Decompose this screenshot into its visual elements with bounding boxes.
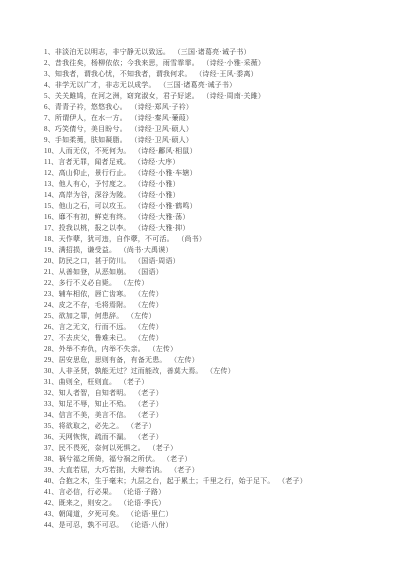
item-source: （论语·子路） — [123, 488, 165, 496]
list-item: 44、是可忍，孰不可忍。（论语·八佾） — [44, 520, 390, 531]
item-quote: 天网恢恢，疏而不漏。 — [59, 433, 131, 441]
item-quote: 手如柔荑，肤如凝脂。 — [55, 136, 127, 144]
item-number: 16、 — [44, 213, 59, 221]
item-source: （诗经·鄘风·相鼠） — [138, 147, 197, 155]
item-quote: 言之无文，行而不远。 — [59, 323, 131, 331]
item-quote: 外举不弃仇，内举不失亲。 — [59, 345, 145, 353]
item-quote: 关关雎鸠，在河之洲，窈窕淑女，君子好逑。 — [55, 92, 199, 100]
item-source: （诗经·大雅·荡） — [138, 213, 190, 221]
item-source: （老子） — [123, 378, 148, 386]
list-item: 32、知人者智，自知者明。（老子） — [44, 388, 390, 399]
list-item: 31、曲则全，枉则直。（老子） — [44, 377, 390, 388]
item-number: 10、 — [44, 147, 59, 155]
list-item: 39、大直若屈，大巧若拙，大辩若讷。（老子） — [44, 465, 390, 476]
item-source: （诗经·小雅·车辖） — [138, 169, 197, 177]
item-quote: 居安思危，思则有备，有备无患。 — [59, 356, 167, 364]
item-source: （左传） — [138, 301, 163, 309]
list-item: 40、合抱之木，生于毫末；九层之台，起于累土；千里之行，始于足下。（老子） — [44, 476, 390, 487]
item-number: 7、 — [44, 114, 55, 122]
item-source: （诗经·卫风·硕人） — [134, 125, 193, 133]
list-item: 23、辅车相依，唇亡齿寒。（左传） — [44, 289, 390, 300]
list-item: 4、非学无以广才，非志无以成学。（三国·诸葛亮·诫子书） — [44, 80, 390, 91]
item-source: （诗经·小雅） — [138, 180, 180, 188]
item-number: 23、 — [44, 290, 59, 298]
item-source: （左传） — [138, 290, 163, 298]
document-page: 1、非淡泊无以明志，非宁静无以致远。（三国·诸葛亮·诫子书）2、昔我往矣，杨柳依… — [0, 0, 410, 580]
list-item: 15、他山之石，可以攻玉。（诗经·小雅·鹤鸣） — [44, 201, 390, 212]
item-number: 11、 — [44, 158, 58, 166]
list-item: 3、知我者，谓我心忧，不知我者，谓我何求。（诗经·王风·黍离） — [44, 69, 390, 80]
list-item: 29、居安思危，思则有备，有备无患。（左传） — [44, 355, 390, 366]
item-source: （左传） — [174, 356, 199, 364]
item-number: 2、 — [44, 59, 55, 67]
item-quote: 不去庆父，鲁难未已。 — [59, 334, 131, 342]
list-item: 34、信言不美，美言不信。（老子） — [44, 410, 390, 421]
item-quote: 人而无仪，不死何为。 — [59, 147, 131, 155]
item-source: （诗经·王风·黍离） — [199, 70, 258, 78]
list-item: 6、青青子衿，悠悠我心。（诗经·郑风·子衿） — [44, 102, 390, 113]
item-number: 8、 — [44, 125, 55, 133]
item-source: （左传） — [138, 334, 163, 342]
list-item: 42、既来之，则安之。（论语·季氏） — [44, 498, 390, 509]
list-item: 28、外举不弃仇，内举不失亲。（左传） — [44, 344, 390, 355]
item-source: （老子） — [138, 411, 163, 419]
item-number: 26、 — [44, 323, 59, 331]
item-source: （尚书·大禹谟） — [123, 246, 172, 254]
item-number: 36、 — [44, 433, 59, 441]
list-item: 2、昔我往矣，杨柳依依；今我来思，雨雪霏霏。（诗经·小雅·采薇） — [44, 58, 390, 69]
item-source: （三国·诸葛亮·诫子书） — [177, 48, 251, 56]
list-item: 37、民不畏死，奈何以死惧之。（老子） — [44, 443, 390, 454]
item-quote: 既来之，则安之。 — [59, 499, 117, 507]
item-number: 34、 — [44, 411, 59, 419]
list-item: 43、朝闻道，夕死可矣。（论语·里仁） — [44, 509, 390, 520]
item-number: 40、 — [44, 477, 59, 485]
item-number: 9、 — [44, 136, 55, 144]
item-number: 42、 — [44, 499, 59, 507]
item-quote: 朝闻道，夕死可矣。 — [59, 510, 124, 518]
item-source: （左传） — [210, 367, 235, 375]
list-item: 27、不去庆父，鲁难未已。（左传） — [44, 333, 390, 344]
item-source: （诗经·大雅·抑） — [138, 224, 190, 232]
item-quote: 从善如登，从恶如崩。 — [59, 268, 131, 276]
item-quote: 是可忍，孰不可忍。 — [59, 521, 124, 529]
list-item: 14、高岸为谷，深谷为陵。（诗经·小雅） — [44, 190, 390, 201]
item-number: 1、 — [44, 48, 55, 56]
item-quote: 所谓伊人，在水一方。 — [55, 114, 127, 122]
item-source: （诗经·小雅·采薇） — [206, 59, 265, 67]
list-item: 21、从善如登，从恶如崩。（国语） — [44, 267, 390, 278]
list-item: 13、他人有心，予忖度之。（诗经·小雅） — [44, 179, 390, 190]
item-quote: 高岸为谷，深谷为陵。 — [59, 191, 131, 199]
item-number: 39、 — [44, 466, 59, 474]
list-item: 24、皮之不存，毛将焉附。（左传） — [44, 300, 390, 311]
list-item: 16、靡不有初，鲜克有终。（诗经·大雅·荡） — [44, 212, 390, 223]
item-quote: 祸兮福之所倚，福兮祸之所伏。 — [59, 455, 160, 463]
item-quote: 满招损，谦受益。 — [59, 246, 117, 254]
list-item: 17、投我以桃，报之以李。（诗经·大雅·抑） — [44, 223, 390, 234]
item-number: 30、 — [44, 367, 59, 375]
item-quote: 欲加之罪，何患辞。 — [59, 312, 124, 320]
item-source: （诗经·大序） — [137, 158, 179, 166]
item-number: 37、 — [44, 444, 59, 452]
item-source: （国语） — [138, 268, 163, 276]
item-number: 20、 — [44, 257, 59, 265]
item-source: （左传） — [123, 279, 148, 287]
list-item: 10、人而无仪，不死何为。（诗经·鄘风·相鼠） — [44, 146, 390, 157]
item-number: 22、 — [44, 279, 59, 287]
list-item: 1、非淡泊无以明志，非宁静无以致远。（三国·诸葛亮·诫子书） — [44, 47, 390, 58]
list-item: 20、防民之口，甚于防川。（国语·周语） — [44, 256, 390, 267]
item-quote: 知足不辱，知止不殆。 — [59, 400, 131, 408]
item-number: 25、 — [44, 312, 59, 320]
item-quote: 民不畏死，奈何以死惧之。 — [59, 444, 145, 452]
item-quote: 言必信，行必果。 — [59, 488, 117, 496]
item-number: 3、 — [44, 70, 55, 78]
item-source: （三国·诸葛亮·诫子书） — [163, 81, 237, 89]
item-source: （老子） — [174, 466, 199, 474]
item-number: 15、 — [44, 202, 59, 210]
item-quote: 天作孽，犹可违，自作孽，不可活。 — [59, 235, 174, 243]
item-source: （左传） — [138, 323, 163, 331]
item-number: 14、 — [44, 191, 59, 199]
item-number: 5、 — [44, 92, 55, 100]
item-number: 28、 — [44, 345, 59, 353]
item-quote: 投我以桃，报之以李。 — [59, 224, 131, 232]
list-item: 25、欲加之罪，何患辞。（左传） — [44, 311, 390, 322]
item-quote: 非淡泊无以明志，非宁静无以致远。 — [55, 48, 170, 56]
item-number: 33、 — [44, 400, 59, 408]
item-source: （诗经·周南·关雎） — [206, 92, 265, 100]
item-quote: 大直若屈，大巧若拙，大辩若讷。 — [59, 466, 167, 474]
item-source: （老子） — [152, 444, 177, 452]
item-source: （老子） — [138, 433, 163, 441]
list-item: 5、关关雎鸠，在河之洲，窈窕淑女，君子好逑。（诗经·周南·关雎） — [44, 91, 390, 102]
item-quote: 青青子衿，悠悠我心。 — [55, 103, 127, 111]
list-item: 12、高山仰止，景行行止。（诗经·小雅·车辖） — [44, 168, 390, 179]
item-quote: 皮之不存，毛将焉附。 — [59, 301, 131, 309]
item-quote: 非学无以广才，非志无以成学。 — [55, 81, 156, 89]
item-number: 43、 — [44, 510, 59, 518]
item-source: （老子） — [166, 455, 191, 463]
item-number: 38、 — [44, 455, 59, 463]
quote-list: 1、非淡泊无以明志，非宁静无以致远。（三国·诸葛亮·诫子书）2、昔我往矣，杨柳依… — [44, 47, 390, 531]
item-quote: 他山之石，可以攻玉。 — [59, 202, 131, 210]
list-item: 11、言者无罪，闻者足戒。（诗经·大序） — [44, 157, 390, 168]
item-source: （老子） — [130, 422, 155, 430]
item-source: （诗经·郑风·子衿） — [134, 103, 193, 111]
item-number: 13、 — [44, 180, 59, 188]
list-item: 33、知足不辱，知止不殆。（老子） — [44, 399, 390, 410]
item-quote: 知我者，谓我心忧，不知我者，谓我何求。 — [55, 70, 192, 78]
list-item: 18、天作孽，犹可违，自作孽，不可活。（尚书） — [44, 234, 390, 245]
list-item: 8、巧笑倩兮，美目盼兮。（诗经·卫风·硕人） — [44, 124, 390, 135]
item-source: （左传） — [152, 345, 177, 353]
item-quote: 信言不美，美言不信。 — [59, 411, 131, 419]
item-source: （老子） — [138, 400, 163, 408]
item-number: 21、 — [44, 268, 59, 276]
list-item: 19、满招损，谦受益。（尚书·大禹谟） — [44, 245, 390, 256]
item-source: （老子） — [282, 477, 307, 485]
list-item: 41、言必信，行必果。（论语·子路） — [44, 487, 390, 498]
item-number: 17、 — [44, 224, 59, 232]
item-source: （诗经·小雅·鹤鸣） — [138, 202, 197, 210]
list-item: 22、多行不义必自毙。（左传） — [44, 278, 390, 289]
item-quote: 辅车相依，唇亡齿寒。 — [59, 290, 131, 298]
item-number: 24、 — [44, 301, 59, 309]
item-number: 35、 — [44, 422, 59, 430]
item-quote: 将欲取之，必先之。 — [59, 422, 124, 430]
item-quote: 高山仰止，景行行止。 — [59, 169, 131, 177]
item-quote: 他人有心，予忖度之。 — [59, 180, 131, 188]
item-quote: 言者无罪，闻者足戒。 — [58, 158, 130, 166]
item-number: 6、 — [44, 103, 55, 111]
item-source: （国语·周语） — [138, 257, 180, 265]
item-number: 12、 — [44, 169, 59, 177]
item-source: （左传） — [130, 312, 155, 320]
item-source: （论语·里仁） — [130, 510, 172, 518]
list-item: 36、天网恢恢，疏而不漏。（老子） — [44, 432, 390, 443]
item-quote: 合抱之木，生于毫末；九层之台，起于累土；千里之行，始于足下。 — [59, 477, 275, 485]
item-number: 41、 — [44, 488, 59, 496]
item-number: 31、 — [44, 378, 59, 386]
item-quote: 人非圣贤，孰能无过？过而能改，善莫大焉。 — [59, 367, 203, 375]
list-item: 30、人非圣贤，孰能无过？过而能改，善莫大焉。（左传） — [44, 366, 390, 377]
item-number: 29、 — [44, 356, 59, 364]
item-quote: 知人者智，自知者明。 — [59, 389, 131, 397]
item-quote: 防民之口，甚于防川。 — [59, 257, 131, 265]
item-source: （诗经·小雅） — [138, 191, 180, 199]
item-source: （诗经·卫风·硕人） — [134, 136, 193, 144]
item-source: （诗经·秦风·蒹葭） — [134, 114, 193, 122]
item-number: 4、 — [44, 81, 55, 89]
list-item: 7、所谓伊人，在水一方。（诗经·秦风·蒹葭） — [44, 113, 390, 124]
list-item: 26、言之无文，行而不远。（左传） — [44, 322, 390, 333]
item-number: 32、 — [44, 389, 59, 397]
item-quote: 靡不有初，鲜克有终。 — [59, 213, 131, 221]
item-number: 27、 — [44, 334, 59, 342]
item-source: （论语·八佾） — [130, 521, 172, 529]
item-number: 44、 — [44, 521, 59, 529]
item-number: 19、 — [44, 246, 59, 254]
item-source: （尚书） — [181, 235, 206, 243]
item-quote: 昔我往矣，杨柳依依；今我来思，雨雪霏霏。 — [55, 59, 199, 67]
list-item: 9、手如柔荑，肤如凝脂。（诗经·卫风·硕人） — [44, 135, 390, 146]
item-quote: 曲则全，枉则直。 — [59, 378, 117, 386]
item-source: （论语·季氏） — [123, 499, 165, 507]
item-number: 18、 — [44, 235, 59, 243]
item-quote: 巧笑倩兮，美目盼兮。 — [55, 125, 127, 133]
item-source: （老子） — [138, 389, 163, 397]
list-item: 35、将欲取之，必先之。（老子） — [44, 421, 390, 432]
list-item: 38、祸兮福之所倚，福兮祸之所伏。（老子） — [44, 454, 390, 465]
item-quote: 多行不义必自毙。 — [59, 279, 117, 287]
